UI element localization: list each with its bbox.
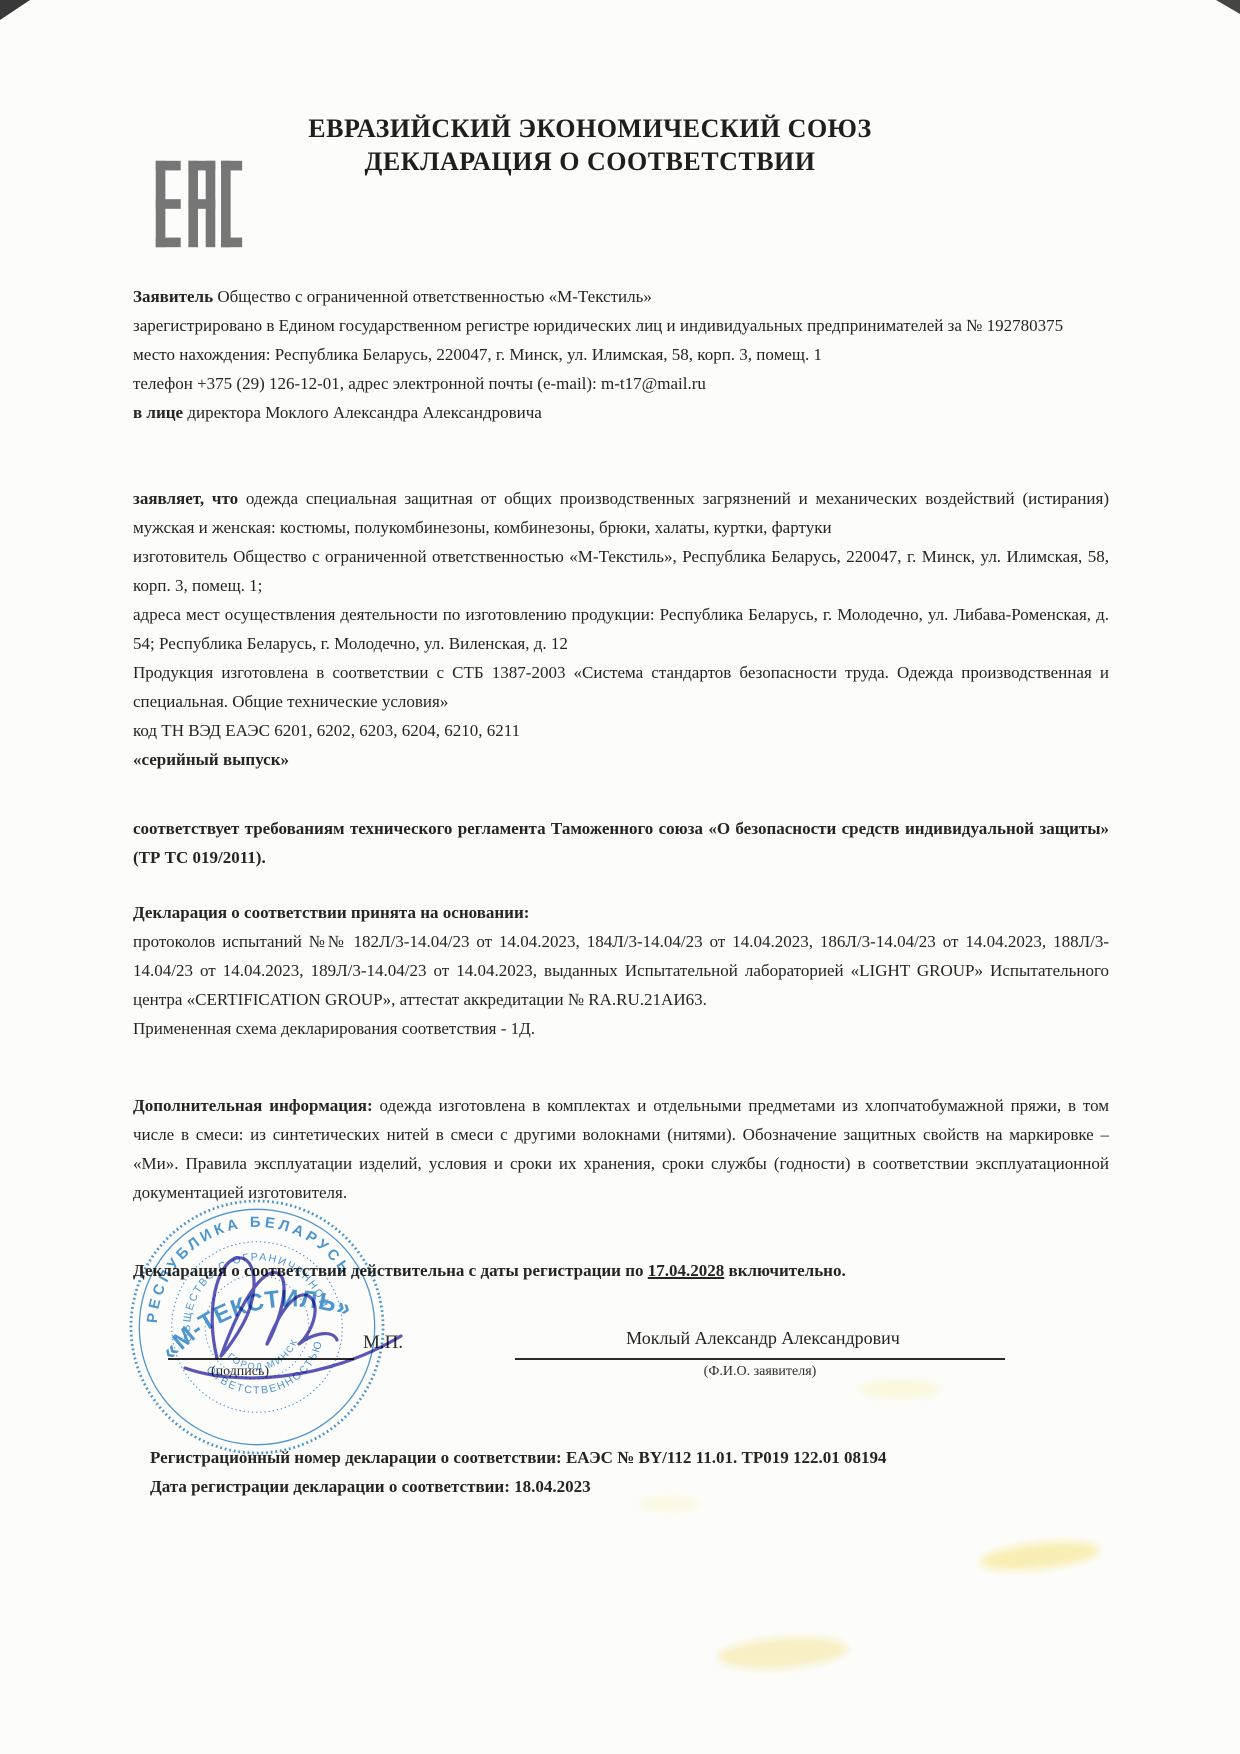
- applicant-name-line: Заявитель Общество с ограниченной ответс…: [133, 282, 1109, 311]
- product-description: заявляет, что одежда специальная защитна…: [133, 484, 1109, 542]
- registration-date: 18.04.2023: [514, 1477, 591, 1496]
- header-union-line: ЕВРАЗИЙСКИЙ ЭКОНОМИЧЕСКИЙ СОЮЗ: [240, 112, 940, 145]
- applicant-label: Заявитель: [133, 287, 213, 306]
- validity-date: 17.04.2028: [648, 1261, 725, 1280]
- production-sites-line: адреса мест осуществления деятельности п…: [133, 600, 1109, 658]
- yellow-smudge: [860, 1380, 940, 1398]
- applicant-location-line: место нахождения: Республика Беларусь, 2…: [133, 340, 1109, 369]
- fio-line: [515, 1358, 1005, 1360]
- handwritten-signature: [175, 1240, 415, 1400]
- applicant-registration-line: зарегистрировано в Едином государственно…: [133, 311, 1109, 340]
- manufacturer-line: изготовитель Общество с ограниченной отв…: [133, 542, 1109, 600]
- yellow-smudge: [979, 1537, 1101, 1575]
- applicant-contacts-line: телефон +375 (29) 126-12-01, адрес элект…: [133, 369, 1109, 398]
- basis-protocols: протоколов испытаний №№ 182Л/3-14.04/23 …: [133, 927, 1109, 1014]
- eac-logo-icon: [150, 156, 246, 252]
- registration-section: Регистрационный номер декларации о соотв…: [150, 1443, 1110, 1501]
- scan-corner-artifact-right: [1216, 0, 1240, 14]
- declaration-document: ЕВРАЗИЙСКИЙ ЭКОНОМИЧЕСКИЙ СОЮЗ ДЕКЛАРАЦИ…: [0, 0, 1240, 1754]
- fio-caption: (Ф.И.О. заявителя): [640, 1364, 880, 1380]
- document-header: ЕВРАЗИЙСКИЙ ЭКОНОМИЧЕСКИЙ СОЮЗ ДЕКЛАРАЦИ…: [240, 112, 940, 178]
- compliance-statement: соответствует требованиям технического р…: [133, 814, 1109, 872]
- applicant-section: Заявитель Общество с ограниченной ответс…: [133, 282, 1109, 427]
- scan-corner-artifact-left: [0, 0, 30, 20]
- registration-number-line: Регистрационный номер декларации о соотв…: [150, 1443, 1110, 1472]
- basis-title: Декларация о соответствии принята на осн…: [133, 898, 1109, 927]
- registration-date-line: Дата регистрации декларации о соответств…: [150, 1472, 1110, 1501]
- applicant-fio: Моклый Александр Александрович: [520, 1328, 1006, 1349]
- compliance-section: соответствует требованиям технического р…: [133, 814, 1109, 872]
- applicant-person-line: в лице директора Моклого Александра Алек…: [133, 398, 1109, 427]
- header-title-line: ДЕКЛАРАЦИЯ О СООТВЕТСТВИИ: [240, 145, 940, 178]
- basis-section: Декларация о соответствии принята на осн…: [133, 898, 1109, 1043]
- registration-number: ЕАЭС № BY/112 11.01. ТР019 122.01 08194: [566, 1448, 887, 1467]
- represented-by-label: в лице: [133, 403, 183, 422]
- standard-line: Продукция изготовлена в соответствии с С…: [133, 658, 1109, 716]
- additional-info-label: Дополнительная информация:: [133, 1096, 373, 1115]
- yellow-smudge: [717, 1634, 849, 1673]
- release-type-line: «серийный выпуск»: [133, 745, 1109, 774]
- basis-scheme: Примененная схема декларирования соответ…: [133, 1014, 1109, 1043]
- product-section: заявляет, что одежда специальная защитна…: [133, 484, 1109, 774]
- tnved-code-line: код ТН ВЭД ЕАЭС 6201, 6202, 6203, 6204, …: [133, 716, 1109, 745]
- declares-label: заявляет, что: [133, 489, 238, 508]
